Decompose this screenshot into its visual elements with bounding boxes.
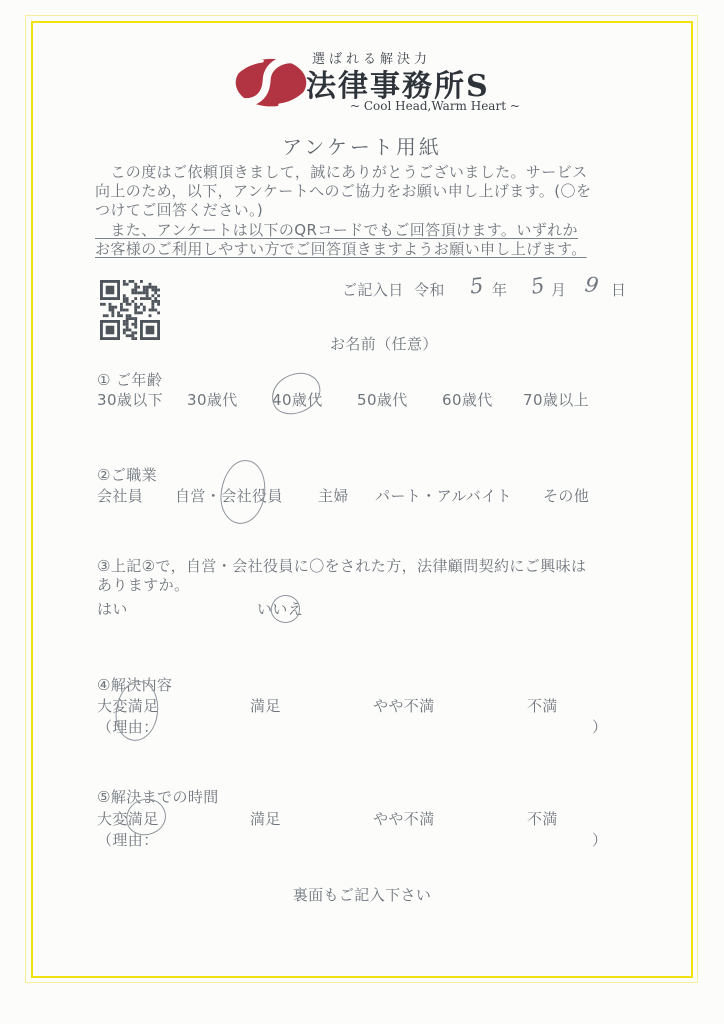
q3-question-line-2: ありますか。 bbox=[97, 576, 189, 595]
era-label: 令和 bbox=[414, 281, 445, 300]
name-field-label: お名前（任意） bbox=[330, 335, 438, 354]
back-side-note: 裏面もご記入下さい bbox=[0, 886, 724, 905]
q5-reason-close: ） bbox=[592, 831, 607, 850]
month-unit: 月 bbox=[551, 281, 566, 300]
qr-note-line-2: お客様のご利用しやすい方でご回答頂きますようお願い申し上げます。 bbox=[95, 240, 587, 259]
q3-question-line-1: ③上記②で，自営・会社役員に〇をされた方，法律顧問契約にご興味は bbox=[97, 557, 586, 576]
q5-option-dissatisfied: 不満 bbox=[527, 810, 558, 829]
date-label: ご記入日 bbox=[342, 281, 404, 300]
q1-option-30s: 30歳代 bbox=[187, 391, 238, 410]
survey-sheet: 選ばれる解決力 法律事務所S ~ Cool Head,Warm Heart ~ … bbox=[0, 0, 724, 1024]
q2-option-parttime: パート・アルバイト bbox=[375, 487, 512, 506]
q2-option-employee: 会社員 bbox=[97, 487, 143, 506]
logo-s-mark-icon bbox=[235, 56, 307, 110]
q1-option-over70: 70歳以上 bbox=[523, 391, 589, 410]
day-unit: 日 bbox=[611, 281, 626, 300]
logo-tagline-bottom: ~ Cool Head,Warm Heart ~ bbox=[350, 99, 520, 113]
handwritten-year: 5 bbox=[469, 273, 485, 298]
q1-option-50s: 50歳代 bbox=[357, 391, 408, 410]
q4-option-satisfied: 満足 bbox=[250, 697, 281, 716]
q2-option-other: その他 bbox=[543, 487, 589, 506]
q4-option-somewhat-dissatisfied: やや不満 bbox=[373, 697, 435, 716]
q1-option-under30: 30歳以下 bbox=[97, 391, 163, 410]
q1-option-60s: 60歳代 bbox=[442, 391, 493, 410]
intro-line-3: つけてご回答ください。) bbox=[95, 201, 263, 220]
q5-option-somewhat-dissatisfied: やや不満 bbox=[373, 810, 435, 829]
q1-label: ① ご年齢 bbox=[97, 371, 162, 390]
intro-line-2: 向上のため，以下，アンケートへのご協力をお願い申し上げます。(〇を bbox=[95, 182, 591, 201]
qr-code bbox=[100, 280, 160, 340]
q3-option-yes: はい bbox=[97, 600, 128, 619]
year-unit: 年 bbox=[492, 281, 507, 300]
q2-label: ②ご職業 bbox=[97, 466, 157, 485]
q4-option-dissatisfied: 不満 bbox=[527, 697, 558, 716]
qr-note-line-1: また、アンケートは以下のQRコードでもご回答頂けます。いずれか bbox=[95, 221, 578, 240]
intro-line-1: この度はご依頼頂きまして，誠にありがとうございました。サービス bbox=[95, 163, 588, 182]
q2-option-homemaker: 主婦 bbox=[318, 487, 349, 506]
q5-option-satisfied: 満足 bbox=[250, 810, 281, 829]
form-title: アンケート用紙 bbox=[0, 131, 724, 160]
q4-reason-close: ） bbox=[592, 718, 607, 737]
